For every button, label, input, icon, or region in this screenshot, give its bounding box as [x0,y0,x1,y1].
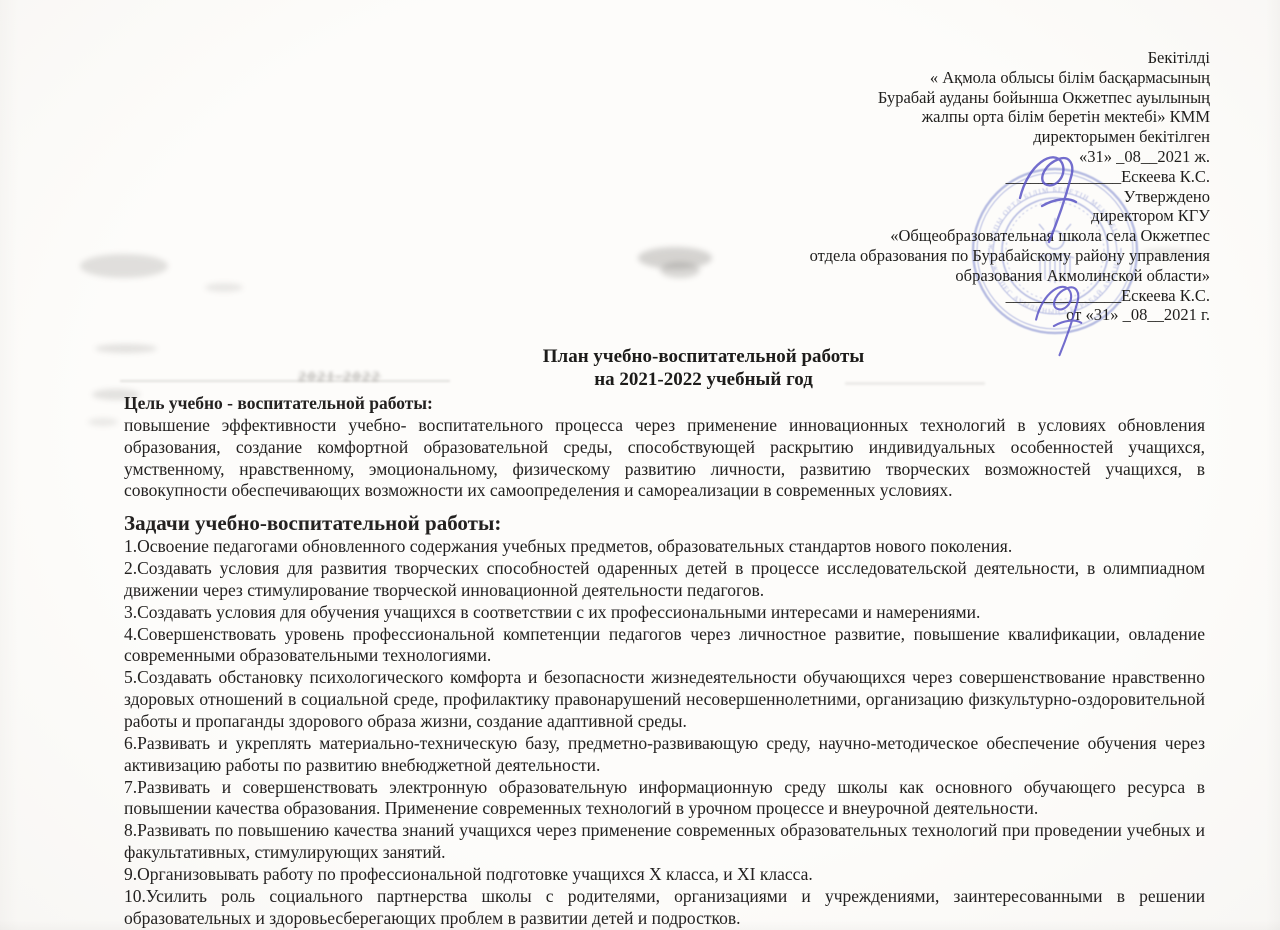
scan-smudge [205,283,243,292]
document-body: Цель учебно - воспитательной работы: пов… [124,393,1205,929]
approval-line: образования Акмолинской области» [650,266,1210,286]
approval-line: жалпы орта білім беретін мектебі» КММ [650,107,1210,127]
approval-line: директором КГУ [650,206,1210,226]
scan-smudge [80,254,168,278]
approval-line: Утверждено [650,187,1210,207]
approval-date-line: «31» _08__2021 ж. [650,147,1210,167]
approval-signature-line: ______________Ескеева К.С. [650,286,1210,306]
task-item: 8.Развивать по повышению качества знаний… [124,820,1205,864]
task-item: 7.Развивать и совершенствовать электронн… [124,777,1205,821]
approval-date-line: от «31» _08__2021 г. [650,305,1210,325]
tasks-heading: Задачи учебно-воспитательной работы: [124,511,1205,535]
approval-signature-line: ______________Ескеева К.С. [650,167,1210,187]
approval-line: « Ақмола облысы білім басқармасының [650,68,1210,88]
task-item: 4.Совершенствовать уровень профессиональ… [124,624,1205,668]
approval-block: Бекітілді « Ақмола облысы білім басқарма… [650,48,1210,325]
approval-line: «Общеобразовательная школа села Окжетпес [650,226,1210,246]
page-title-line2: на 2021-2022 учебный год [202,369,1205,392]
scanned-page: 2021-2022 ЖАЛПЫ ОРТА БІЛІМ БЕР [0,0,1280,930]
task-item: 5.Создавать обстановку психологического … [124,667,1205,733]
tasks-list: 1.Освоение педагогами обновленного содер… [124,536,1205,929]
goal-paragraph: повышение эффективности учебно- воспитат… [124,415,1205,502]
task-item: 6.Развивать и укреплять материально-техн… [124,733,1205,777]
approval-line: отдела образования по Бурабайскому район… [650,246,1210,266]
task-item: 2.Создавать условия для развития творчес… [124,558,1205,602]
approval-line: директорымен бекітілген [650,127,1210,147]
director-signature-icon [1026,276,1114,360]
task-item: 9.Организовывать работу по профессиональ… [124,864,1205,886]
goal-heading: Цель учебно - воспитательной работы: [124,393,1205,415]
director-signature-icon [1012,144,1112,248]
approval-line: Бекітілді [650,48,1210,68]
scan-smudge [88,418,118,426]
approval-line: Бурабай ауданы бойынша Окжетпес ауылының [650,88,1210,108]
task-item: 1.Освоение педагогами обновленного содер… [124,536,1205,558]
task-item: 3.Создавать условия для обучения учащихс… [124,602,1205,624]
task-item: 10.Усилить роль социального партнерства … [124,886,1205,930]
